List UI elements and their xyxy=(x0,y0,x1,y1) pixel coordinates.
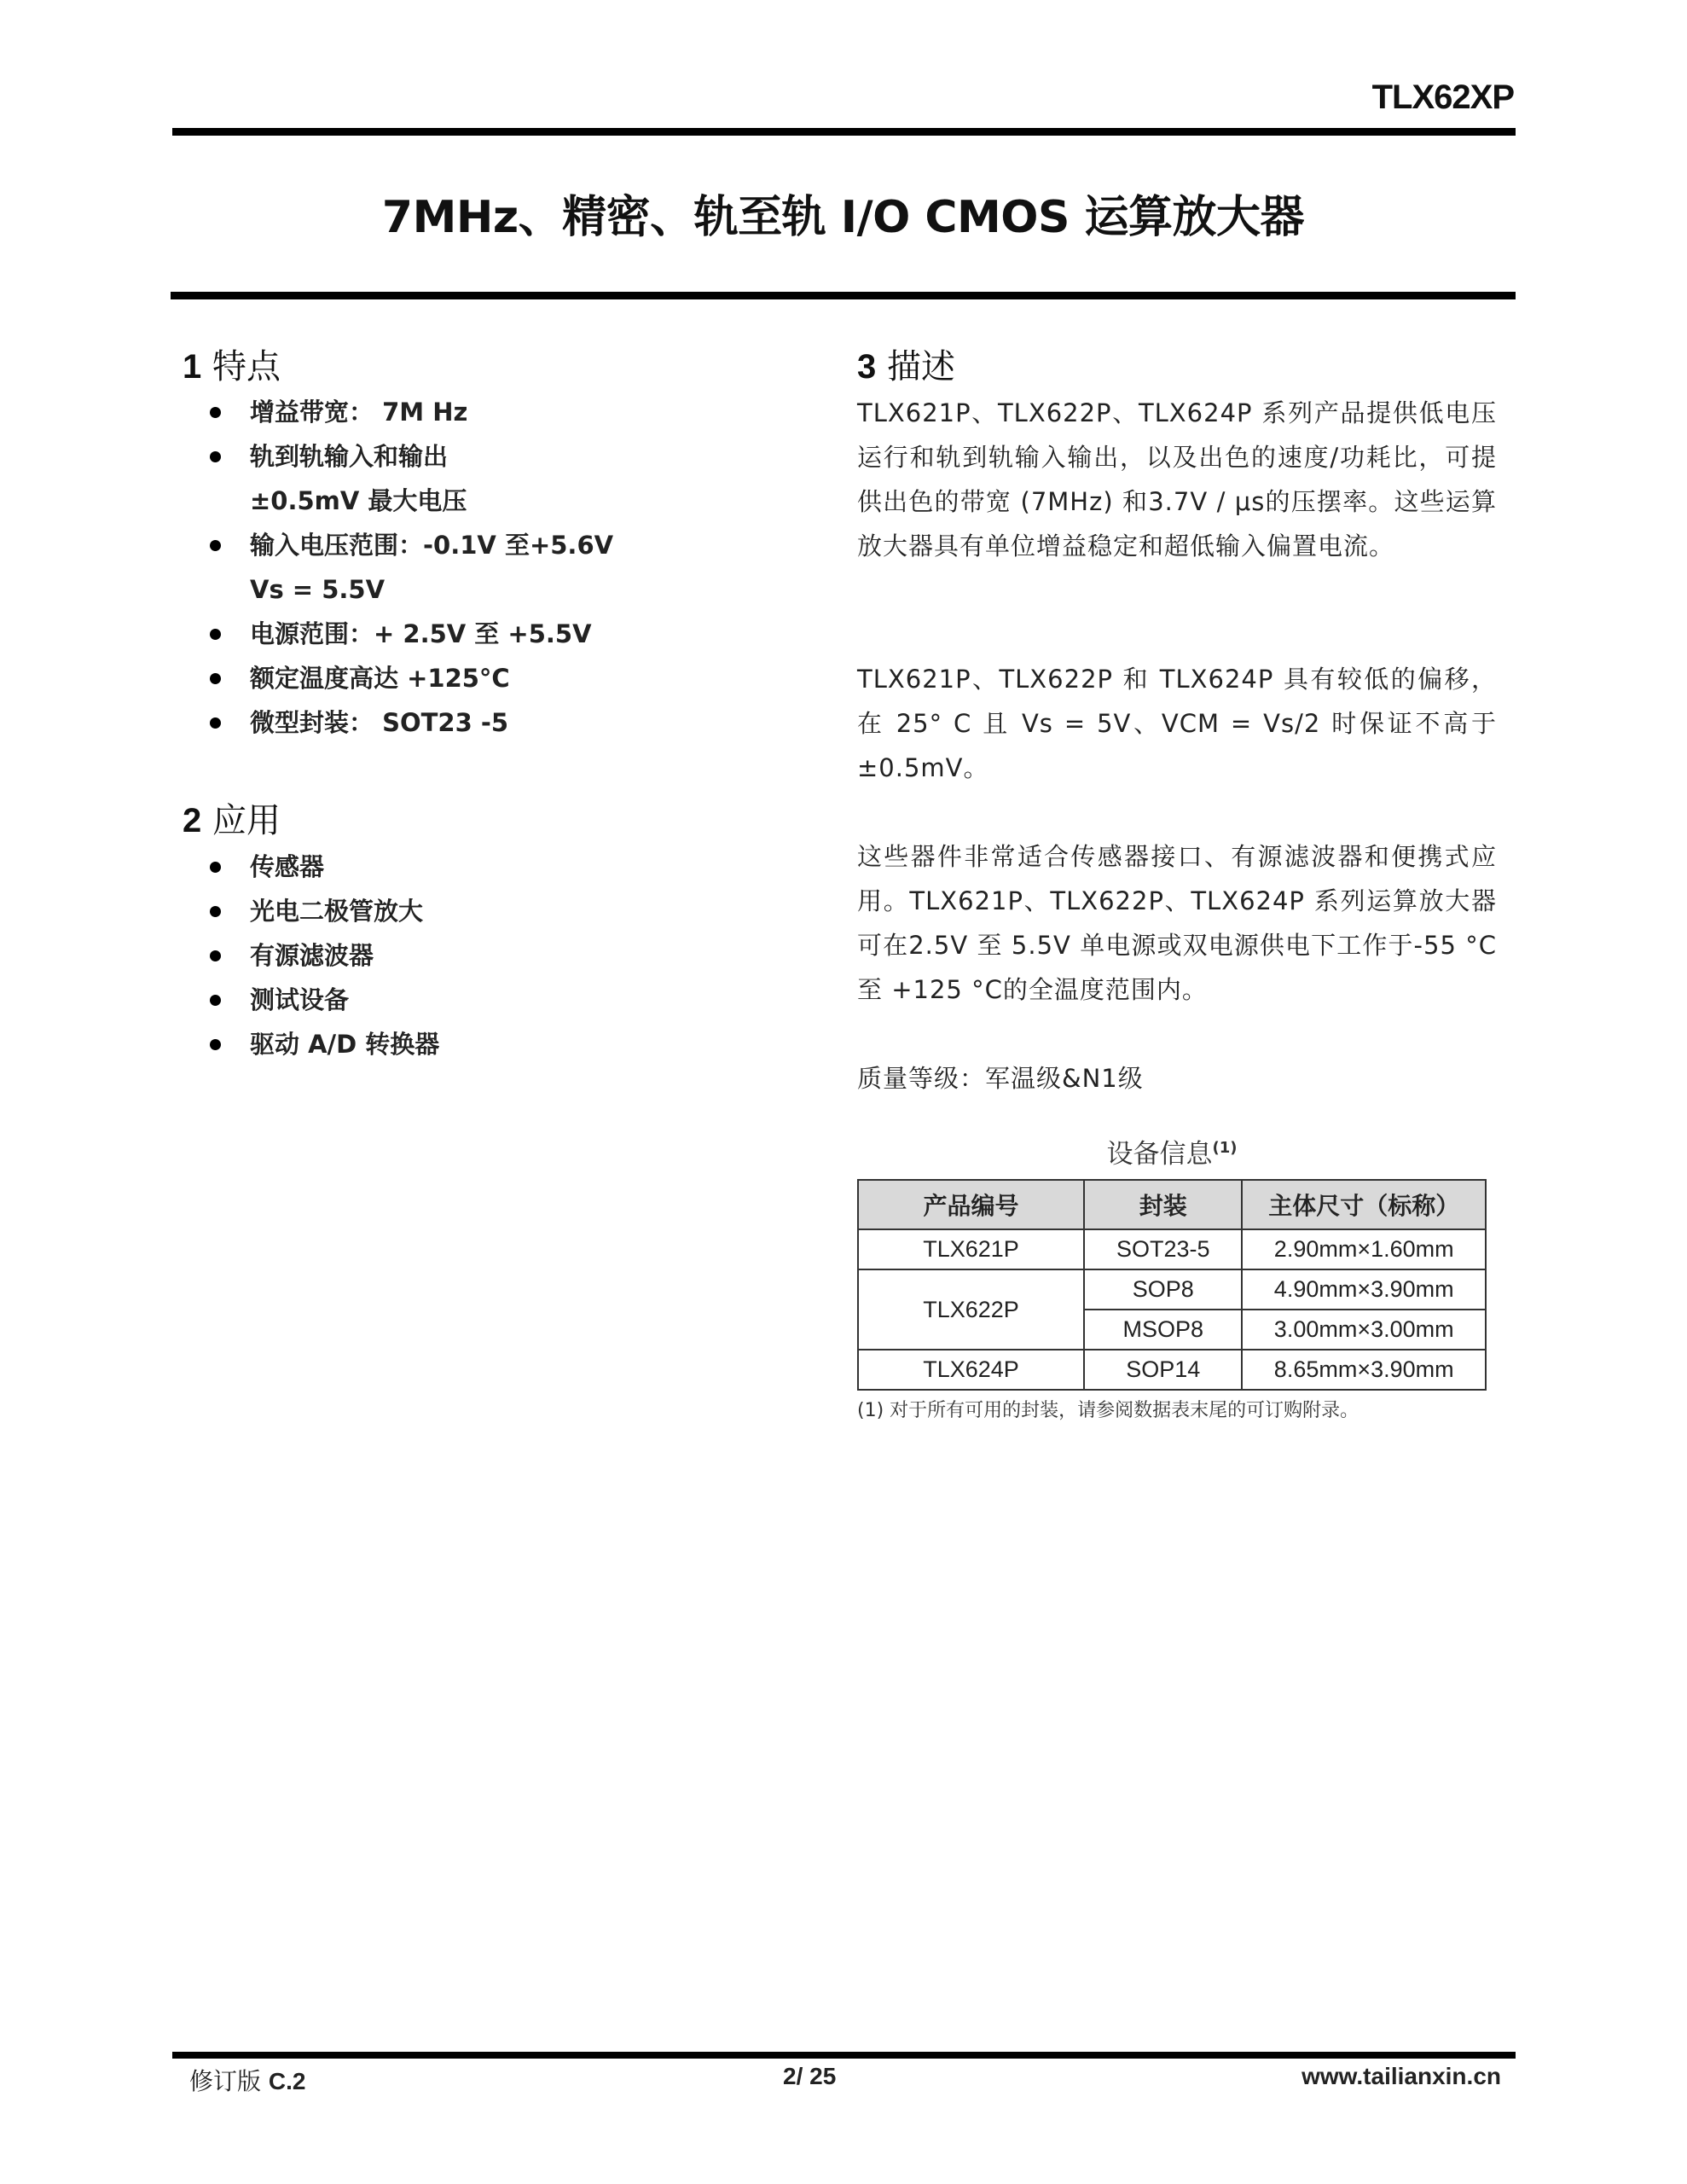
table-row: TLX622P SOP8 4.90mm×3.90mm xyxy=(858,1269,1486,1310)
bullet-icon xyxy=(210,407,221,418)
table-row: TLX624P SOP14 8.65mm×3.90mm xyxy=(858,1350,1486,1390)
quality-grade: 质量等级：军温级&N1级 xyxy=(857,1056,1497,1101)
application-item: 有源滤波器 xyxy=(179,933,439,978)
bullet-icon xyxy=(210,717,221,729)
table-row: TLX621P SOT23-5 2.90mm×1.60mm xyxy=(858,1229,1486,1269)
application-item: 测试设备 xyxy=(179,978,439,1022)
application-item: 光电二极管放大 xyxy=(179,889,439,933)
applications-list: 传感器 光电二极管放大 有源滤波器 测试设备 驱动 A/D 转换器 xyxy=(179,845,439,1066)
column-header: 产品编号 xyxy=(858,1180,1084,1229)
feature-item: 微型封装： SOT23 -5 xyxy=(179,700,613,745)
device-info-table: 产品编号 封装 主体尺寸（标称） TLX621P SOT23-5 2.90mm×… xyxy=(857,1179,1487,1391)
feature-item: 增益带宽： 7M Hz xyxy=(179,390,613,434)
package-cell: SOP14 xyxy=(1084,1350,1242,1390)
application-item: 传感器 xyxy=(179,845,439,889)
table-footnote: (1) 对于所有可用的封装，请参阅数据表末尾的可订购附录。 xyxy=(857,1396,1359,1422)
feature-item-continuation: ±0.5mV 最大电压 xyxy=(179,479,613,523)
body-size-cell: 4.90mm×3.90mm xyxy=(1242,1269,1486,1310)
feature-item: 轨到轨输入和输出 xyxy=(179,434,613,479)
body-size-cell: 3.00mm×3.00mm xyxy=(1242,1310,1486,1350)
package-cell: MSOP8 xyxy=(1084,1310,1242,1350)
part-number-cell: TLX622P xyxy=(858,1269,1084,1350)
package-cell: SOT23-5 xyxy=(1084,1229,1242,1269)
description-paragraph: TLX621P、TLX622P 和 TLX624P 具有较低的偏移，在 25° … xyxy=(857,657,1497,790)
feature-item: 输入电压范围：-0.1V 至+5.6V xyxy=(179,523,613,567)
description-heading: 3 描述 xyxy=(857,350,955,384)
table-header-row: 产品编号 封装 主体尺寸（标称） xyxy=(858,1180,1486,1229)
title-rule xyxy=(171,292,1516,299)
package-cell: SOP8 xyxy=(1084,1269,1242,1310)
header-rule xyxy=(172,128,1516,136)
features-list: 增益带宽： 7M Hz 轨到轨输入和输出 ±0.5mV 最大电压 输入电压范围：… xyxy=(179,390,613,745)
footer-rule xyxy=(172,2052,1516,2059)
application-item: 驱动 A/D 转换器 xyxy=(179,1022,439,1066)
applications-heading: 2 应用 xyxy=(183,804,281,838)
bullet-icon xyxy=(210,629,221,640)
bullet-icon xyxy=(210,540,221,551)
bullet-icon xyxy=(210,862,221,873)
bullet-icon xyxy=(210,950,221,961)
features-heading: 1 特点 xyxy=(183,350,281,384)
bullet-icon xyxy=(210,1039,221,1050)
website-link[interactable]: www.tailianxin.cn xyxy=(1301,2063,1501,2090)
bullet-icon xyxy=(210,673,221,684)
part-number-cell: TLX621P xyxy=(858,1229,1084,1269)
document-id: TLX62XP xyxy=(1372,78,1514,117)
bullet-icon xyxy=(210,906,221,917)
body-size-cell: 8.65mm×3.90mm xyxy=(1242,1350,1486,1390)
footnote-ref: (1) xyxy=(1213,1139,1238,1157)
revision: 修订版 C.2 xyxy=(189,2063,306,2097)
page-number: 2/ 25 xyxy=(783,2063,836,2090)
body-size-cell: 2.90mm×1.60mm xyxy=(1242,1229,1486,1269)
table-caption: 设备信息(1) xyxy=(857,1132,1487,1170)
column-header: 封装 xyxy=(1084,1180,1242,1229)
feature-item: 电源范围：+ 2.5V 至 +5.5V xyxy=(179,612,613,656)
bullet-icon xyxy=(210,995,221,1006)
bullet-icon xyxy=(210,451,221,462)
page-title: 7MHz、精密、轨至轨 I/O CMOS 运算放大器 xyxy=(171,181,1516,245)
feature-item-continuation: Vs = 5.5V xyxy=(179,567,613,612)
part-number-cell: TLX624P xyxy=(858,1350,1084,1390)
feature-item: 额定温度高达 +125°C xyxy=(179,656,613,700)
column-header: 主体尺寸（标称） xyxy=(1242,1180,1486,1229)
description-paragraph: TLX621P、TLX622P、TLX624P 系列产品提供低电压运行和轨到轨输… xyxy=(857,391,1497,568)
description-paragraph: 这些器件非常适合传感器接口、有源滤波器和便携式应用。TLX621P、TLX622… xyxy=(857,834,1497,1012)
